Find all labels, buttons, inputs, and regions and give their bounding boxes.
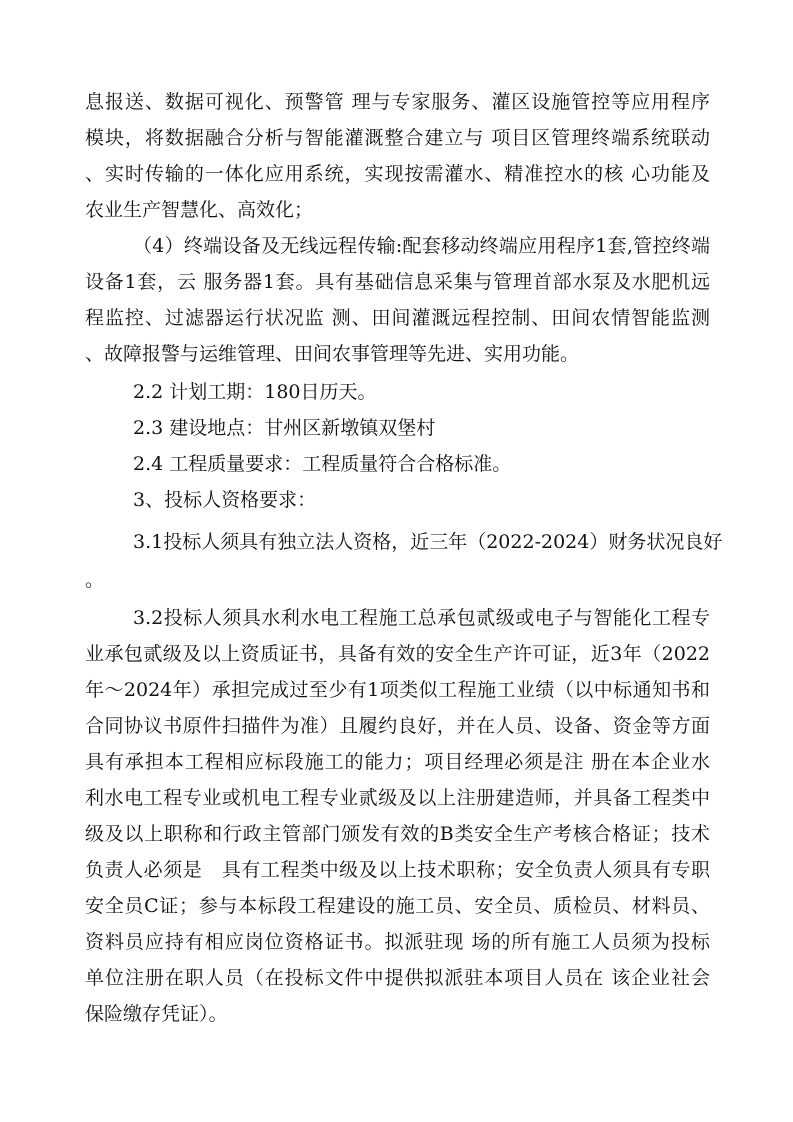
paragraph-line: 负责人必须是 具有工程类中级及以上技术职称；安全负责人须具有专职 xyxy=(85,858,710,882)
location-line: 2.3 建设地点：甘州区新墩镇双堡村 xyxy=(133,416,710,440)
quality-line: 2.4 工程质量要求：工程质量符合合格标准。 xyxy=(133,452,710,476)
paragraph-line: 息报送、数据可视化、预警管 理与专家服务、灌区设施管控等应用程序 xyxy=(85,90,710,114)
paragraph-line: 年～2024年）承担完成过至少有1项类似工程施工业绩（以中标通知书和 xyxy=(85,678,710,702)
paragraph-line: 、实时传输的一体化应用系统，实现按需灌水、精准控水的核 心功能及 xyxy=(85,162,710,186)
paragraph-line: 级及以上职称和行政主管部门颁发有效的B类安全生产考核合格证；技术 xyxy=(85,822,710,846)
document-page: 息报送、数据可视化、预警管 理与专家服务、灌区设施管控等应用程序 模块，将数据融… xyxy=(0,0,793,1122)
paragraph-line: 合同协议书原件扫描件为准）且履约良好，并在人员、设备、资金等方面 xyxy=(85,714,710,738)
paragraph-line: 模块，将数据融合分析与智能灌溉整合建立与 项目区管理终端系统联动 xyxy=(85,126,710,150)
paragraph-line: 、故障报警与运维管理、田间农事管理等先进、实用功能。 xyxy=(85,342,710,366)
paragraph-line: 利水电工程专业或机电工程专业贰级及以上注册建造师，并具备工程类中 xyxy=(85,786,710,810)
paragraph-line: 3.2投标人须具水利水电工程施工总承包贰级或电子与智能化工程专 xyxy=(133,606,710,630)
schedule-line: 2.2 计划工期：180日历天。 xyxy=(133,380,710,404)
paragraph-line: 农业生产智慧化、高效化； xyxy=(85,198,710,222)
paragraph-line: 设备1套，云 服务器1套。具有基础信息采集与管理首部水泵及水肥机远 xyxy=(85,270,710,294)
paragraph-line: （4）终端设备及无线远程传输:配套移动终端应用程序1套,管控终端 xyxy=(133,234,710,258)
paragraph-line: 保险缴存凭证）。 xyxy=(85,1002,710,1026)
paragraph-line: 安全员C证；参与本标段工程建设的施工员、安全员、质检员、材料员、 xyxy=(85,894,710,918)
paragraph-line: 具有承担本工程相应标段施工的能力；项目经理必须是注 册在本企业水 xyxy=(85,750,710,774)
paragraph-line: 资料员应持有相应岗位资格证书。拟派驻现 场的所有施工人员须为投标 xyxy=(85,930,710,954)
paragraph-line: 3.1投标人须具有独立法人资格，近三年（2022-2024）财务状况良好 xyxy=(133,530,710,554)
section-heading: 3、投标人资格要求： xyxy=(133,488,710,512)
paragraph-line: 。 xyxy=(85,568,710,592)
paragraph-line: 业承包贰级及以上资质证书，具备有效的安全生产许可证，近3年（2022 xyxy=(85,642,710,666)
paragraph-line: 程监控、过滤器运行状况监 测、田间灌溉远程控制、田间农情智能监测 xyxy=(85,306,710,330)
paragraph-line: 单位注册在职人员（在投标文件中提供拟派驻本项目人员在 该企业社会 xyxy=(85,966,710,990)
